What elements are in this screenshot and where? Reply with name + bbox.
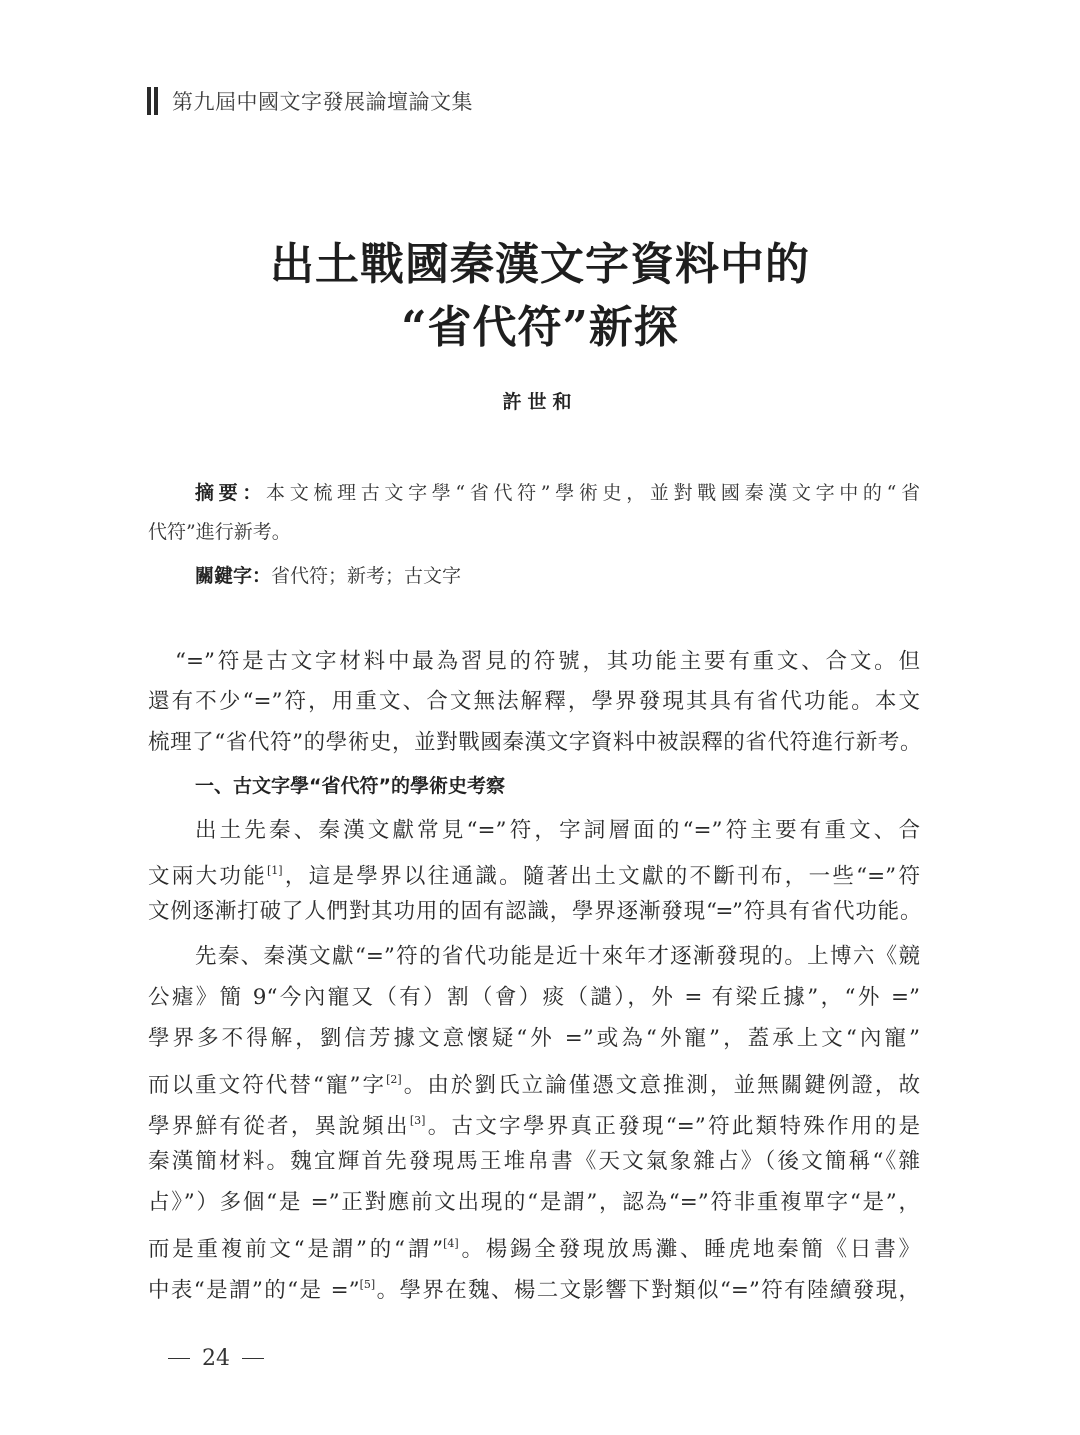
para2-line-3: 學界多不得解，劉信芳據文意懷疑“外 =”或為“外寵”，蓋承上文“內寵” [148, 1022, 920, 1056]
para2-line-4: 而以重文符代替“寵”字[2]。由於劉氏立論僅憑文意推測，並無關鍵例證，故 [148, 1063, 920, 1103]
para2-line-5: 學界鮮有從者，異說頻出[3]。古文字學界真正發現“=”符此類特殊作用的是 [148, 1104, 920, 1144]
intro-line-3: 梳理了“省代符”的學術史，並對戰國秦漢文字資料中被誤釋的省代符進行新考。 [148, 726, 920, 760]
intro-line-2: 還有不少“=”符，用重文、合文無法解釋，學界發現其具有省代功能。本文 [148, 685, 920, 719]
dash-right [242, 1358, 264, 1360]
para2-line-9: 中表“是謂”的“是 =”[5]。學界在魏、楊二文影響下對類似“=”符有陸續發現， [148, 1268, 920, 1308]
article-title-line-2: “省代符”新探 [0, 291, 1080, 355]
header-bar-icon [147, 87, 158, 115]
keywords-label: 關鍵字： [195, 565, 271, 587]
para2-line-7: 占》”）多個“是 =”正對應前文出現的“是謂”，認為“=”符非重複單字“是”， [148, 1186, 920, 1220]
running-header: 第九屆中國文字發展論壇論文集 [147, 86, 473, 116]
footnote-ref-4[interactable]: [4] [443, 1237, 459, 1250]
footnote-ref-3[interactable]: [3] [410, 1114, 426, 1127]
para2-line-8: 而是重複前文“是謂”的“謂”[4]。楊錫全發現放馬灘、睡虎地秦簡《日書》 [148, 1227, 920, 1267]
para1-line-3: 文例逐漸打破了人們對其功用的固有認識，學界逐漸發現“=”符具有省代功能。 [148, 895, 920, 929]
running-title: 第九屆中國文字發展論壇論文集 [172, 86, 473, 116]
article-title-line-1: 出土戰國秦漢文字資料中的 [0, 228, 1080, 292]
para1-line-2: 文兩大功能[1]，這是學界以往通識。隨著出土文獻的不斷刊布，一些“=”符 [148, 854, 920, 894]
para2-line-6: 秦漢簡材料。魏宜輝首先發現馬王堆帛書《天文氣象雜占》（後文簡稱“《雜 [148, 1145, 920, 1179]
author-name: 許世和 [0, 387, 1080, 414]
section-heading-1: 一、古文字學“省代符”的學術史考察 [195, 771, 505, 798]
para2-line-1: 先秦、秦漢文獻“=”符的省代功能是近十來年才逐漸發現的。上博六《競 [195, 940, 920, 974]
page-number: 24 [168, 1346, 264, 1371]
abstract-line-1: 摘要：本文梳理古文字學“省代符”學術史，並對戰國秦漢文字中的“省 [195, 476, 920, 510]
footnote-ref-5[interactable]: [5] [360, 1278, 376, 1291]
keywords-line: 關鍵字：省代符；新考；古文字 [195, 559, 920, 593]
para1-line-1: 出土先秦、秦漢文獻常見“=”符，字詞層面的“=”符主要有重文、合 [195, 814, 920, 848]
abstract-line-2: 代符”進行新考。 [148, 515, 920, 549]
para2-line-2: 公瘧》簡 9“今內寵又（有）割（會）痰（譴），外 = 有梁丘據”，“外 =” [148, 981, 920, 1015]
abstract-label: 摘要： [195, 482, 266, 504]
intro-line-1: “=”符是古文字材料中最為習見的符號，其功能主要有重文、合文。但 [175, 645, 920, 679]
footnote-ref-1[interactable]: [1] [267, 864, 283, 877]
keywords-text: 省代符；新考；古文字 [271, 565, 461, 587]
footnote-ref-2[interactable]: [2] [386, 1073, 402, 1086]
dash-left [168, 1358, 190, 1360]
